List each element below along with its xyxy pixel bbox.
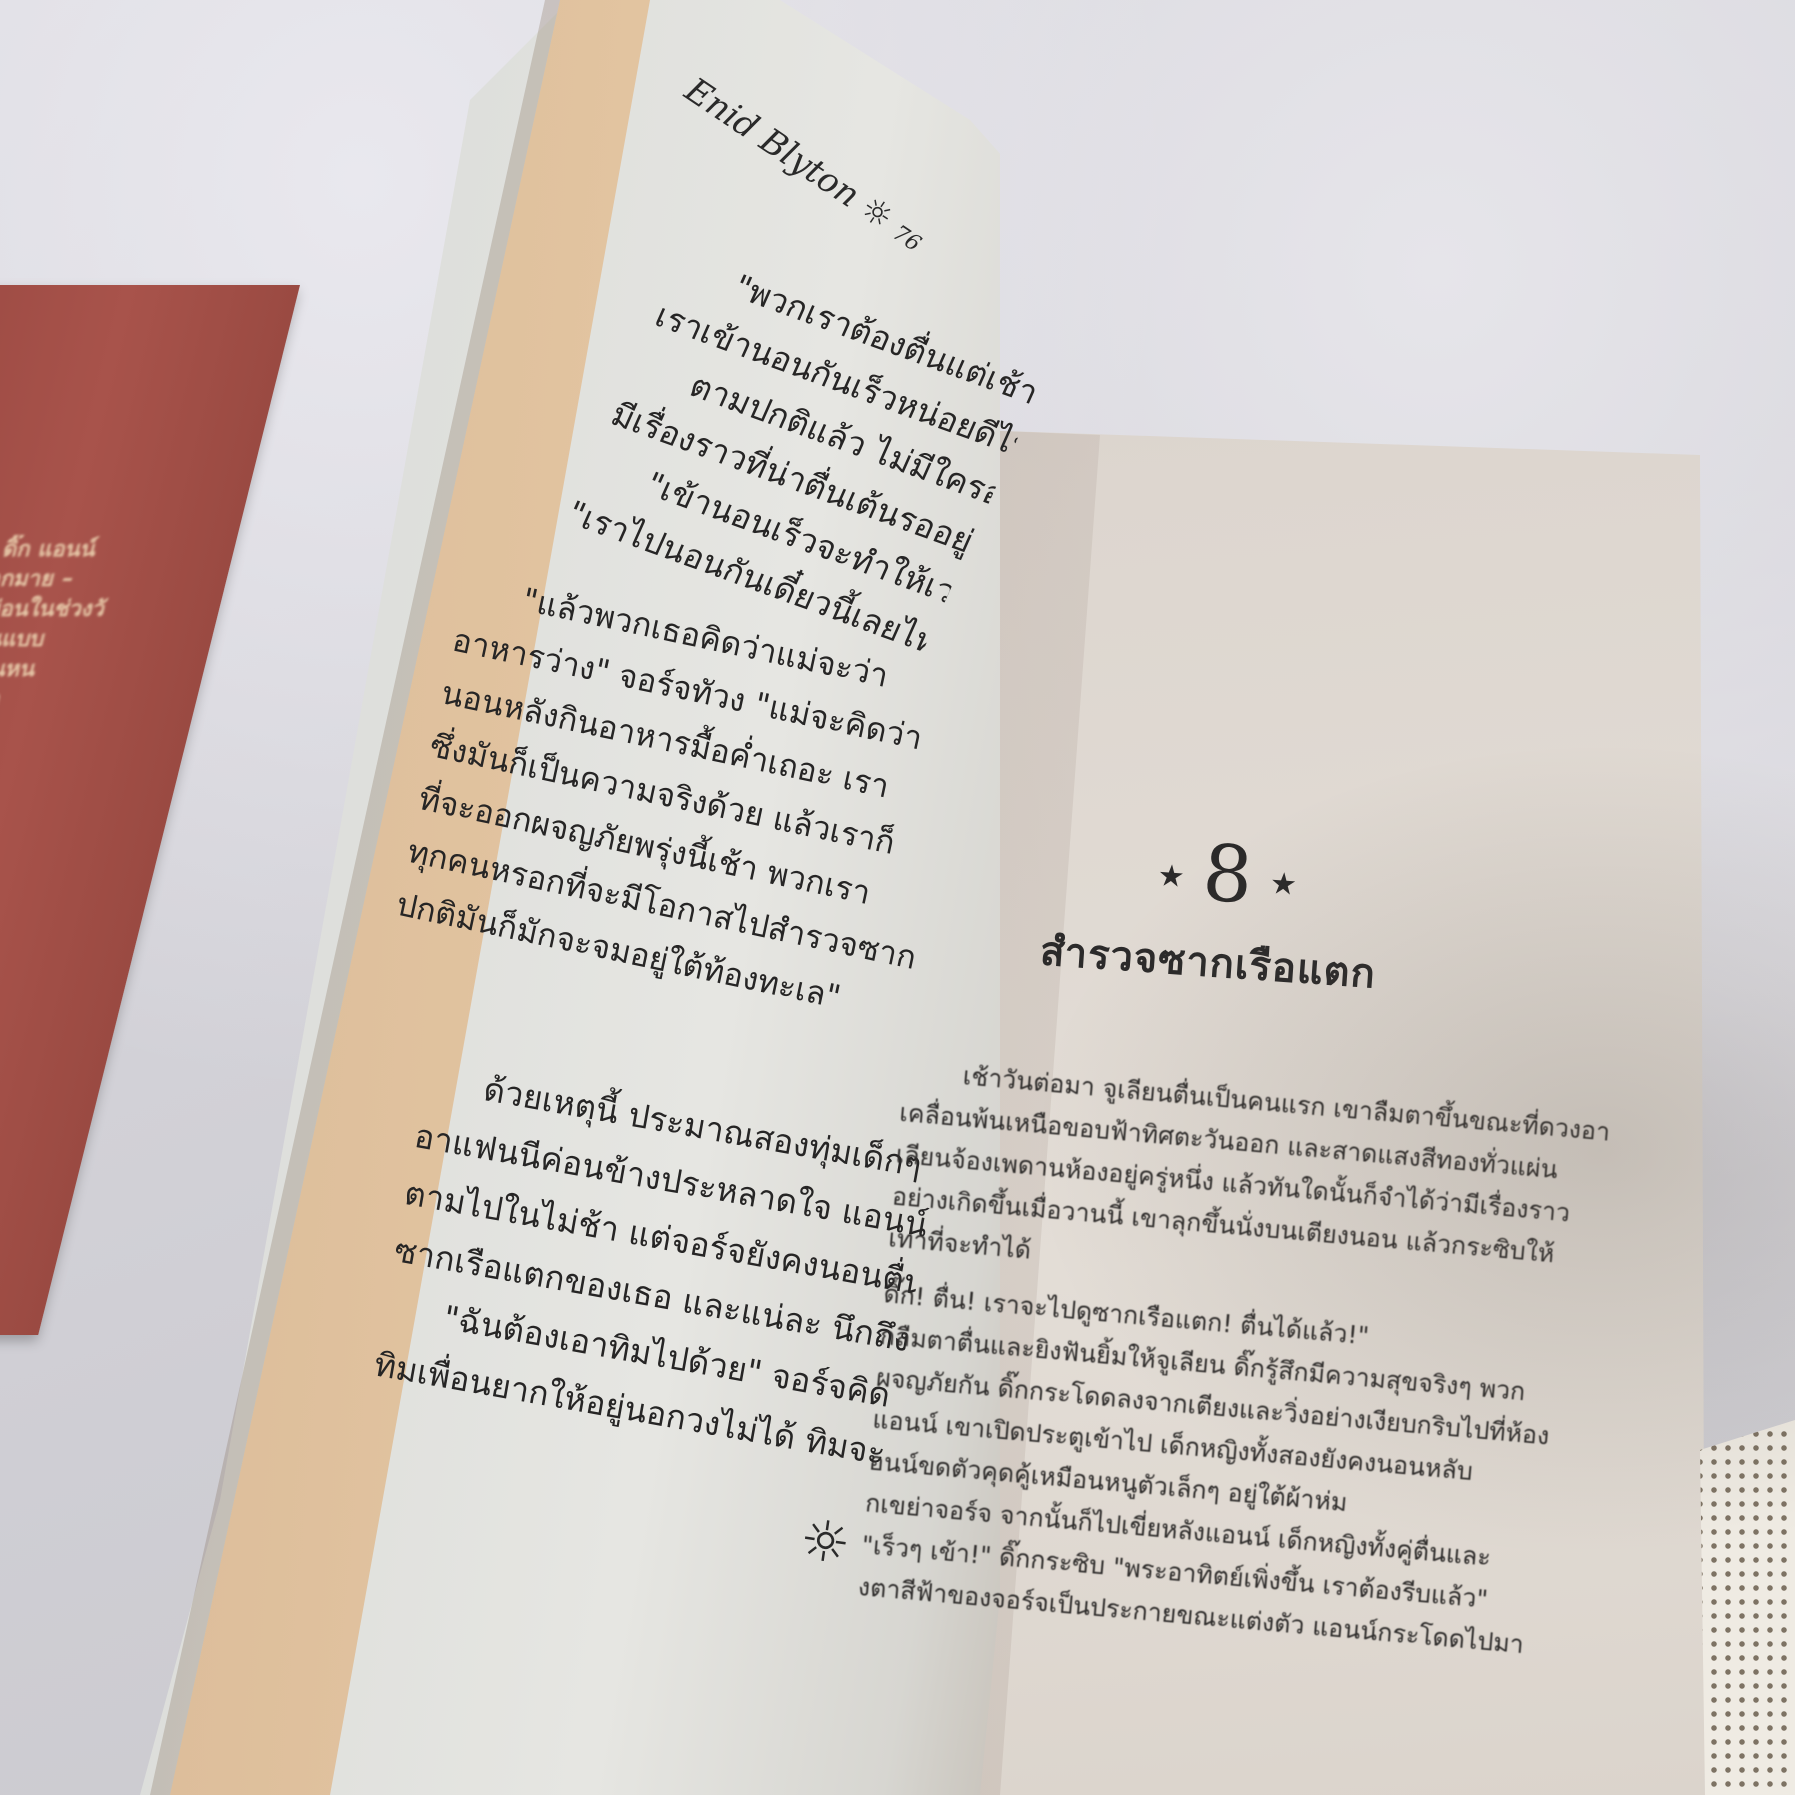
star-icon: ★: [1269, 866, 1298, 903]
red-book-line: กกันอีกครั้ง: [0, 715, 123, 745]
red-book-line: ๆ กันมากมาย –: [0, 565, 160, 595]
red-book-line: เยาวชน: [0, 775, 108, 805]
red-book-text: จูเลียน ดิ๊ก แอนน์ ๆ กันมากมาย – ผ้อนพัก…: [0, 535, 168, 835]
right-page-text: เช้าวันต่อมา จูเลียนตื่นเป็นคนแรก เขาลืม…: [856, 1050, 1612, 1670]
red-book-line: ที่เข้ามาในหน: [0, 655, 138, 685]
red-book-line: ดิ๊กทั้งสี่: [0, 745, 115, 775]
photo-scene: จูเลียน ดิ๊ก แอนน์ ๆ กันมากมาย – ผ้อนพัก…: [0, 0, 1795, 1795]
red-book-line: จะเป็นคนแบบ: [0, 625, 145, 655]
sun-ornament-icon: ☼: [796, 1507, 855, 1578]
red-book-line: นิด ไ: [0, 805, 100, 835]
red-book-line: ผ้อนพักผ่อนในช่วงวั: [0, 595, 153, 625]
chapter-heading: ★8★: [1137, 824, 1318, 926]
red-book-line: อร์รินจะน่า: [0, 685, 130, 715]
chapter-number: 8: [1200, 828, 1256, 921]
red-book-line: จูเลียน ดิ๊ก แอนน์: [0, 535, 168, 565]
star-icon: ★: [1157, 858, 1186, 895]
